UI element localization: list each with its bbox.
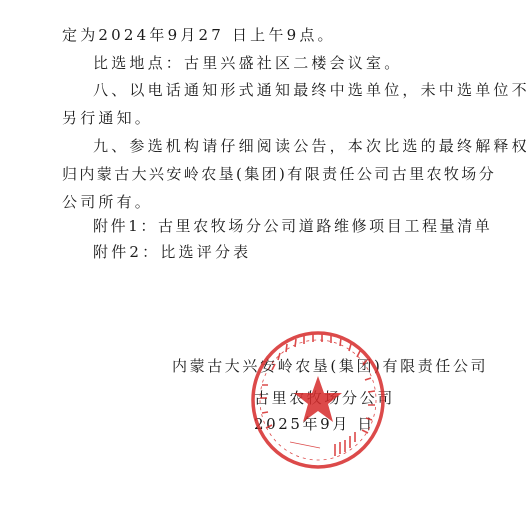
paragraph-line-3: 八、以电话通知形式通知最终中选单位，未中选单位不 — [93, 80, 526, 100]
paragraph-line-1: 定为2024年9月27 日上午9点。 — [62, 25, 336, 45]
date-suffix: 日 — [357, 415, 375, 433]
paragraph-line-4: 另行通知。 — [62, 108, 153, 128]
signature-branch: 古里农牧场分公司 — [254, 388, 395, 408]
paragraph-line-6: 归内蒙古大兴安岭农垦(集团)有限责任公司古里农牧场分 — [62, 164, 496, 184]
signature-date: 2025年9月 日 — [254, 414, 375, 434]
paragraph-line-2: 比选地点：古里兴盛社区二楼会议室。 — [93, 53, 402, 73]
paragraph-line-7: 公司所有。 — [62, 192, 153, 212]
paragraph-line-5: 九、参选机构请仔细阅读公告，本次比选的最终解释权 — [93, 136, 526, 156]
attachment-2: 附件2：比选评分表 — [93, 242, 251, 262]
signature-company: 内蒙古大兴安岭农垦(集团)有限责任公司 — [172, 356, 488, 376]
attachment-1: 附件1：古里农牧场分公司道路维修项目工程量清单 — [93, 216, 492, 236]
date-prefix: 2025年9月 — [254, 415, 350, 433]
